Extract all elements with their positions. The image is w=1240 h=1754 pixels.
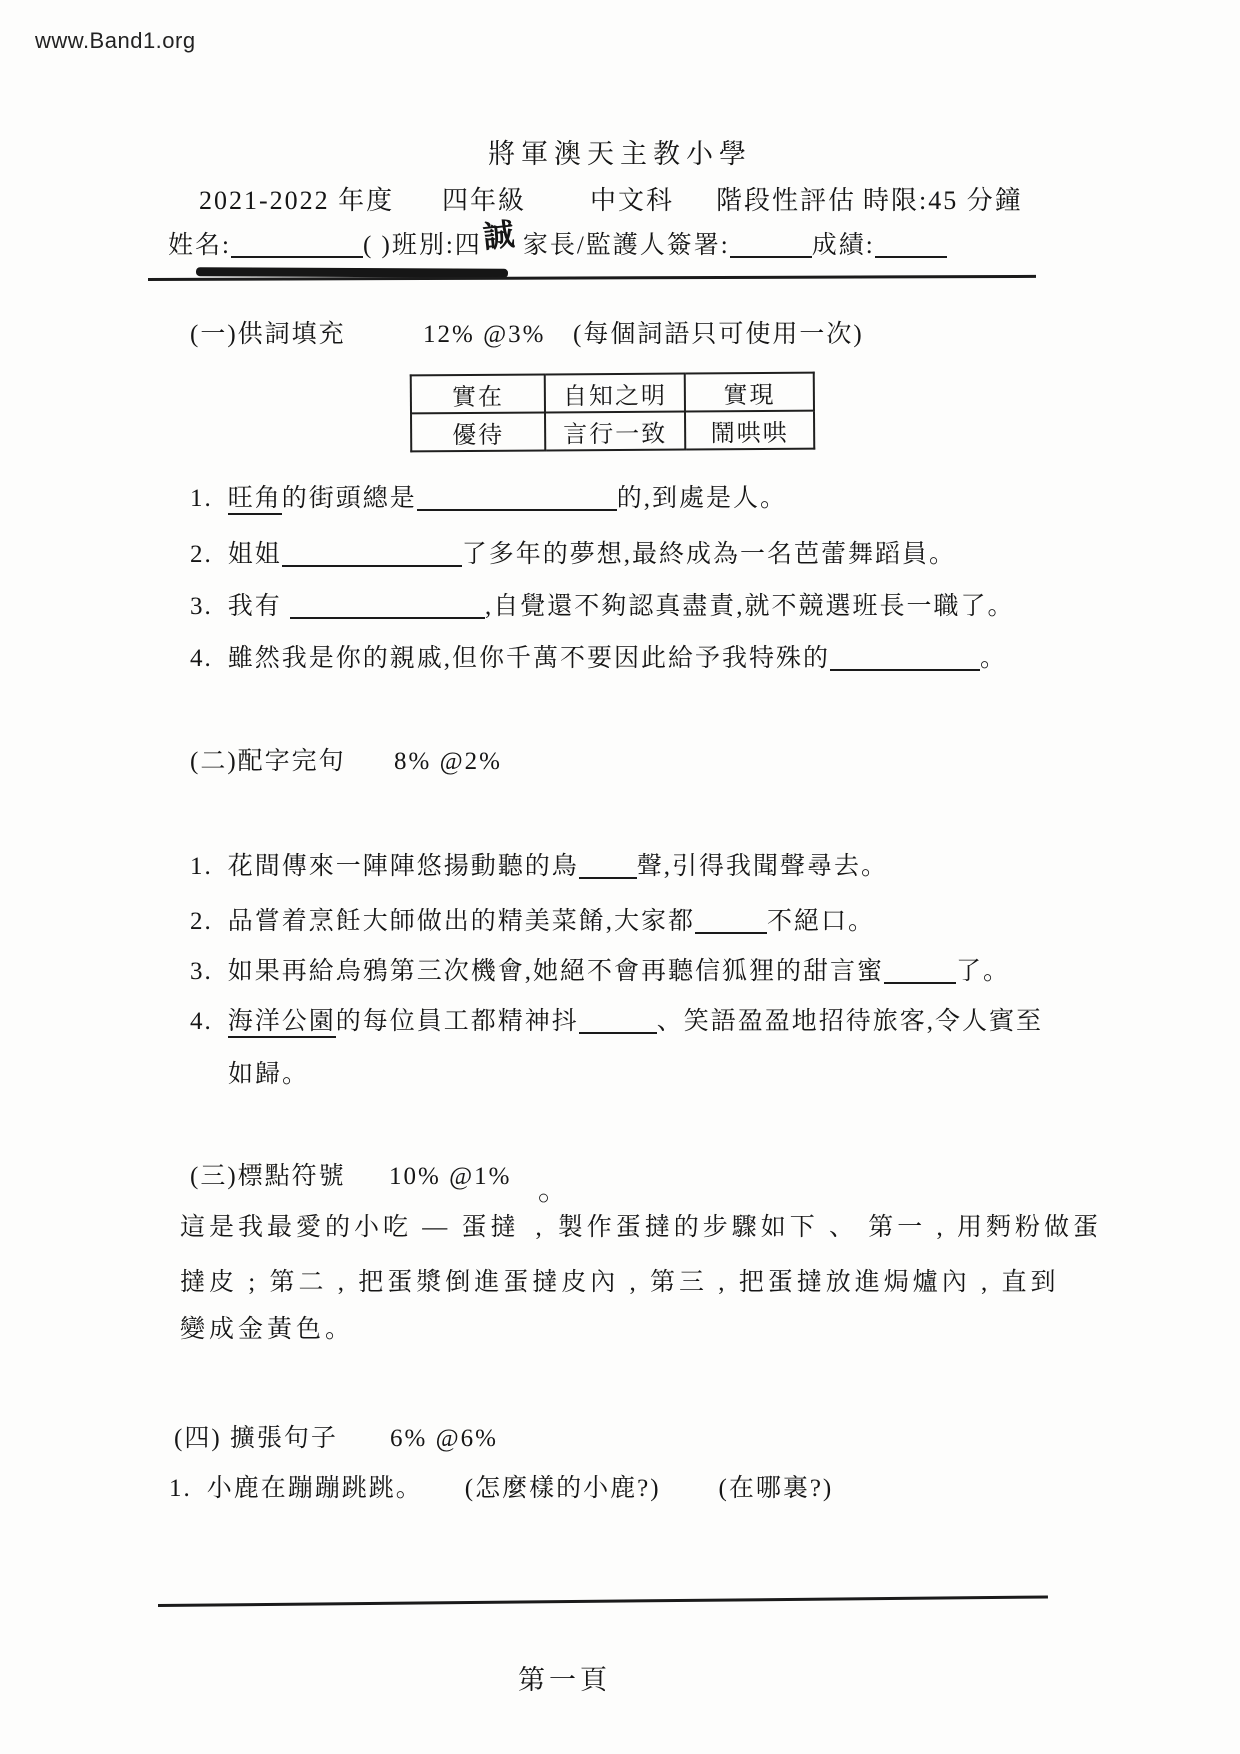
guardian-label: 家長/監護人簽署:	[523, 232, 730, 259]
passage-text: 撻皮 ; 第二 , 把蛋漿倒進蛋撻皮內 , 第三 , 把蛋撻放進焗爐內 , 直到	[180, 1269, 1059, 1296]
answer-blank	[579, 1006, 657, 1034]
question-text: 聲,引得我聞聲尋去。	[637, 853, 888, 880]
name-blank	[231, 230, 363, 258]
question-text: 不絕口。	[767, 908, 875, 935]
question-number: 1.	[169, 1472, 192, 1506]
name-label: 姓名:	[168, 232, 231, 259]
watermark: www.Band1.org	[35, 28, 196, 54]
question-text: 了多年的夢想,最終成為一名芭蕾舞蹈員。	[462, 541, 956, 568]
answer-blank	[282, 539, 462, 567]
section1-note: (每個詞語只可使用一次)	[573, 318, 864, 352]
school-title: 將軍澳天主教小學	[0, 132, 1240, 171]
exam-grade: 四年級	[442, 180, 526, 217]
section1-heading: (一)供詞填充	[190, 318, 346, 352]
word-bank-cell: 實在	[411, 374, 545, 413]
question-text: 的每位員工都精神抖	[336, 1008, 579, 1035]
word-bank-cell: 鬧哄哄	[685, 411, 814, 450]
question-text: 如果再給烏鴉第三次機會,她絕不會再聽信狐狸的甜言蜜	[228, 958, 884, 985]
word-bank-cell: 實現	[685, 373, 814, 412]
question-row: 4.海洋公園的每位員工都精神抖、笑語盈盈地招待旅客,令人賓至	[190, 1005, 1043, 1039]
question-row: 3.如果再給烏鴉第三次機會,她絕不會再聽信狐狸的甜言蜜了。	[190, 955, 1010, 989]
page-footer: 第一頁	[518, 1658, 611, 1697]
comma-mark: ,	[536, 1214, 546, 1241]
section1-score: 12% @3%	[423, 318, 545, 352]
answer-blank	[579, 851, 637, 879]
question-text: 如歸。	[228, 1061, 309, 1088]
section3-heading: (三)標點符號	[190, 1160, 346, 1194]
question-hint: (在哪裏?)	[719, 1475, 834, 1502]
class-label: ( )班別:四	[363, 232, 482, 259]
word-bank-row: 實在 自知之明 實現	[411, 373, 814, 414]
question-number: 1.	[190, 482, 213, 516]
question-text: 姐姐	[228, 541, 282, 568]
section3-score: 10% @1%	[389, 1160, 511, 1194]
answer-blank	[290, 591, 485, 619]
passage-text: 製作蛋撻的步驟如下 、 第一 , 用麪粉做蛋	[558, 1214, 1102, 1241]
question-text: 、笑語盈盈地招待旅客,令人賓至	[657, 1008, 1043, 1035]
page-bottom-rule	[158, 1595, 1048, 1607]
exam-paper-scan: www.Band1.org 將軍澳天主教小學 2021-2022 年度 四年級 …	[0, 0, 1240, 1754]
question-hint: (怎麼樣的小鹿?)	[465, 1475, 661, 1502]
correction-circle-mark: ○	[538, 1187, 550, 1210]
question-row: 2.姐姐了多年的夢想,最終成為一名芭蕾舞蹈員。	[190, 538, 956, 572]
exam-year: 2021-2022 年度	[199, 180, 394, 217]
passage-text: 變成金黃色。	[180, 1316, 354, 1343]
exam-time-limit: 時限:45 分鐘	[863, 180, 1023, 217]
question-row: 1.小鹿在蹦蹦跳跳。(怎麼樣的小鹿?)(在哪裏?)	[169, 1472, 833, 1506]
word-bank-cell: 自知之明	[545, 373, 685, 412]
answer-blank	[884, 956, 956, 984]
question-text: 小鹿在蹦蹦跳跳。	[207, 1475, 423, 1502]
punctuation-passage-line: 撻皮 ; 第二 , 把蛋漿倒進蛋撻皮內 , 第三 , 把蛋撻放進焗爐內 , 直到	[180, 1262, 1059, 1298]
question-text: 了。	[956, 958, 1010, 985]
score-blank	[875, 230, 947, 258]
word-bank-row: 優待 言行一致 鬧哄哄	[411, 411, 814, 452]
exam-subject: 中文科	[590, 180, 674, 217]
question-text: 。	[980, 645, 1007, 672]
section2-score: 8% @2%	[394, 745, 502, 779]
question-text: 我有	[228, 593, 290, 620]
question-continuation: 如歸。	[228, 1058, 309, 1092]
answer-blank	[830, 643, 980, 671]
question-row: 3.我有 ,自覺還不夠認真盡責,就不競選班長一職了。	[190, 590, 1015, 624]
score-label: 成績:	[812, 232, 875, 259]
question-text: 的街頭總是	[282, 485, 417, 512]
exam-assessment: 階段性評估	[716, 180, 856, 217]
answer-blank	[695, 906, 767, 934]
passage-text: 這是我最愛的小吃 — 蛋撻	[180, 1214, 520, 1241]
name-row: 姓名:( )班別:四誠家長/監護人簽署:成績:	[168, 226, 947, 263]
question-row: 4.雖然我是你的親戚,但你千萬不要因此給予我特殊的。	[190, 642, 1007, 676]
answer-blank	[417, 483, 617, 511]
underlined-name: 海洋公園	[228, 1008, 336, 1038]
question-number: 3.	[190, 955, 213, 989]
question-row: 2.品嘗着烹飪大師做出的精美菜餚,大家都不絕口。	[190, 905, 875, 939]
question-row: 1.花間傳來一陣陣悠揚動聽的鳥聲,引得我聞聲尋去。	[190, 850, 888, 884]
section4-score: 6% @6%	[390, 1422, 498, 1456]
question-number: 4.	[190, 642, 213, 676]
section2-heading: (二)配字完句	[190, 745, 346, 779]
question-text: 花間傳來一陣陣悠揚動聽的鳥	[228, 853, 579, 880]
class-handwritten-value: 誠	[481, 217, 517, 254]
underlined-name: 旺角	[228, 485, 282, 515]
word-bank-cell: 優待	[411, 412, 545, 451]
question-number: 3.	[190, 590, 213, 624]
punctuation-passage-line: 這是我最愛的小吃 — 蛋撻,○製作蛋撻的步驟如下 、 第一 , 用麪粉做蛋	[180, 1207, 1102, 1243]
question-row: 1.旺角的街頭總是的,到處是人。	[190, 482, 787, 516]
question-number: 2.	[190, 538, 213, 572]
question-text: 品嘗着烹飪大師做出的精美菜餚,大家都	[228, 908, 695, 935]
punctuation-passage-line: 變成金黃色。	[180, 1309, 354, 1345]
guardian-blank	[730, 230, 812, 258]
question-number: 4.	[190, 1005, 213, 1039]
question-text: ,自覺還不夠認真盡責,就不競選班長一職了。	[485, 593, 1015, 620]
question-text: 雖然我是你的親戚,但你千萬不要因此給予我特殊的	[228, 645, 830, 672]
word-bank-cell: 言行一致	[545, 411, 685, 450]
question-text: 的,到處是人。	[617, 485, 787, 512]
punctuation-mark: ,○	[536, 1214, 546, 1242]
question-number: 2.	[190, 905, 213, 939]
question-number: 1.	[190, 850, 213, 884]
word-bank-table: 實在 自知之明 實現 優待 言行一致 鬧哄哄	[410, 372, 816, 453]
section4-heading: (四) 擴張句子	[174, 1422, 338, 1456]
